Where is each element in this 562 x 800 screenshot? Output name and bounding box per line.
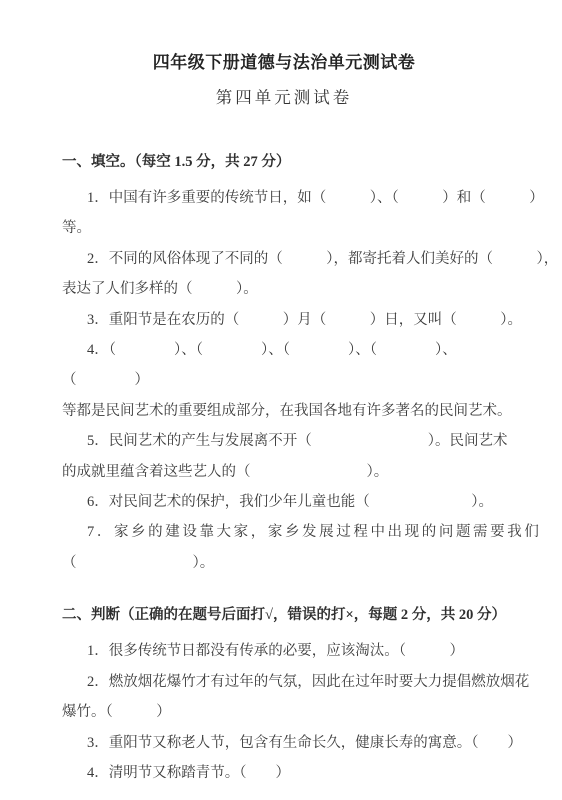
question-line: 1．很多传统节日都没有传承的必要，应该淘汰。（ ） [62, 636, 506, 666]
question-line: 3．重阳节又称老人节，包含有生命长久，健康长寿的寓意。（ ） [62, 728, 506, 758]
question-line: 4．（ ）、（ ）、（ ）、（ ）、 [62, 335, 506, 365]
page-subtitle: 第四单元测试卷 [62, 87, 506, 109]
question-line: 3．重阳节是在农历的（ ）月（ ）日，又叫（ ）。 [62, 305, 506, 335]
question-line: 2．不同的风俗体现了不同的（ ），都寄托着人们美好的（ ）， [62, 244, 506, 274]
question-line: 等都是民间艺术的重要组成部分，在我国各地有许多著名的民间艺术。 [62, 396, 506, 426]
question-line: 表达了人们多样的（ ）。 [62, 274, 506, 304]
section-true-false-heading: 二、判断（正确的在题号后面打√，错误的打×，每题 2 分，共 20 分） [62, 600, 506, 630]
question-line: 2．燃放烟花爆竹才有过年的气氛，因此在过年时要大力提倡燃放烟花 [62, 667, 506, 697]
section-fill-in: 一、填空。（每空 1.5 分，共 27 分） 1．中国有许多重要的传统节日，如（… [62, 147, 506, 578]
question-line: （ ）。 [62, 548, 506, 578]
question-line: （ ） [62, 365, 506, 395]
question-line: 的成就里蕴含着这些艺人的（ ）。 [62, 457, 506, 487]
test-paper-page: 四年级下册道德与法治单元测试卷 第四单元测试卷 一、填空。（每空 1.5 分，共… [0, 0, 562, 800]
section-true-false: 二、判断（正确的在题号后面打√，错误的打×，每题 2 分，共 20 分） 1．很… [62, 600, 506, 788]
question-line: 7．家乡的建设靠大家，家乡发展过程中出现的问题需要我们 [62, 517, 506, 547]
question-line: 1．中国有许多重要的传统节日，如（ ）、（ ）和（ ） [62, 183, 506, 213]
section-fill-in-heading: 一、填空。（每空 1.5 分，共 27 分） [62, 147, 506, 177]
question-line: 等。 [62, 213, 506, 243]
question-line: 5．民间艺术的产生与发展离不开（ ）。民间艺术 [62, 426, 506, 456]
question-line: 爆竹。（ ） [62, 697, 506, 727]
question-line: 4．清明节又称踏青节。（ ） [62, 758, 506, 788]
page-title: 四年级下册道德与法治单元测试卷 [62, 52, 506, 74]
question-line: 6．对民间艺术的保护，我们少年儿童也能（ ）。 [62, 487, 506, 517]
